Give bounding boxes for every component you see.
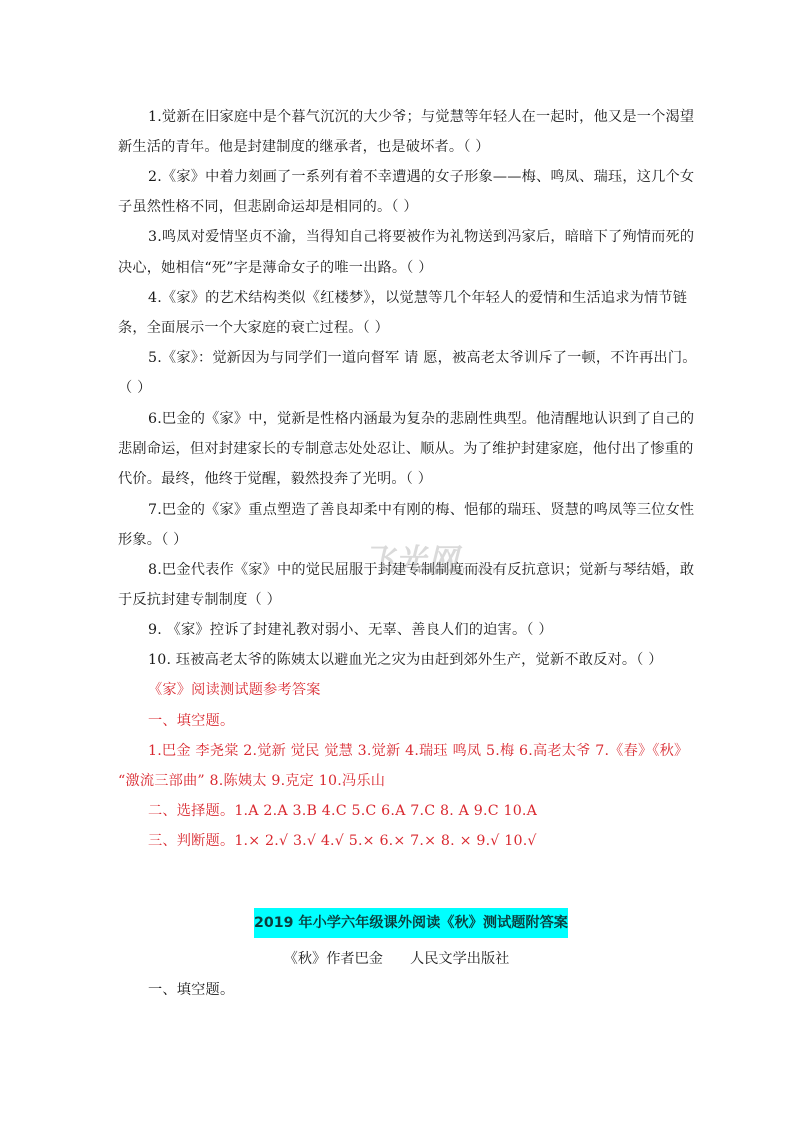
question-2-line-2: 子虽然性格不同，但悲剧命运却是相同的。（ ）	[118, 197, 688, 217]
question-5-line-2: （ ）	[118, 378, 688, 398]
question-6-line-3: 代价。最终，他终于觉醒，毅然投奔了光明。（ ）	[118, 469, 688, 489]
question-7-line-1: 7.巴金的《家》重点塑造了善良却柔中有刚的梅、悒郁的瑞珏、贤慧的鸣凤等三位女性	[148, 500, 718, 520]
question-2-line-1: 2.《家》中着力刻画了一系列有着不幸遭遇的女子形象——梅、鸣凤、瑞珏，这几个女	[148, 167, 718, 187]
question-7-line-2: 形象。（ ）	[118, 530, 688, 550]
question-5-line-1: 5.《家》：觉新因为与同学们一道向督军 请 愿，被高老太爷训斥了一顿，不许再出门…	[148, 348, 718, 368]
question-1-line-2: 新生活的青年。他是封建制度的继承者，也是破坏者。（ ）	[118, 137, 688, 157]
section-title: 2019 年小学六年级课外阅读《秋》测试题附答案	[254, 913, 568, 933]
question-1-line-1: 1.觉新在旧家庭中是个暮气沉沉的大少爷；与觉慧等年轻人在一起时，他又是一个渴望	[148, 107, 718, 127]
question-4-line-1: 4.《家》的艺术结构类似《红楼梦》，以觉慧等几个年轻人的爱情和生活追求为情节链	[148, 288, 718, 308]
answers-heading: 《家》阅读测试题参考答案	[148, 680, 718, 700]
answers-section-3: 三、判断题。1.× 2.√ 3.√ 4.√ 5.× 6.× 7.× 8. × 9…	[148, 831, 718, 851]
question-9: 9. 《家》控诉了封建礼教对弱小、无辜、善良人们的迫害。（ ）	[148, 620, 718, 640]
question-3-line-2: 决心，她相信“死”字是薄命女子的唯一出路。（ ）	[118, 258, 688, 278]
question-6-line-2: 悲剧命运，但对封建家长的专制意志处处忍让、顺从。为了维护封建家庭，他付出了惨重的	[118, 439, 688, 459]
question-4-line-2: 条，全面展示一个大家庭的衰亡过程。（ ）	[118, 318, 688, 338]
answers-section-1-title: 一、填空题。	[148, 711, 718, 731]
question-8-line-1: 8.巴金代表作《家》中的觉民屈服于封建专制制度而没有反抗意识；觉新与琴结婚，敢	[148, 560, 718, 580]
question-3-line-1: 3.鸣凤对爱情坚贞不渝，当得知自己将要被作为礼物送到冯家后，暗暗下了殉情而死的	[148, 227, 718, 247]
answers-section-2: 二、选择题。1.A 2.A 3.B 4.C 5.C 6.A 7.C 8. A 9…	[148, 801, 718, 821]
document-page: 1.觉新在旧家庭中是个暮气沉沉的大少爷；与觉慧等年轻人在一起时，他又是一个渴望 …	[0, 0, 793, 1122]
question-8-line-2: 于反抗封建专制制度（ ）	[118, 590, 688, 610]
section-subtitle: 《秋》作者巴金 人民文学出版社	[0, 949, 793, 969]
answers-section-1-line-2: “激流三部曲” 8.陈姨太 9.克定 10.冯乐山	[118, 771, 688, 791]
question-10: 10. 珏被高老太爷的陈姨太以避血光之灾为由赶到郊外生产，觉新不敢反对。（ ）	[148, 650, 718, 670]
question-6-line-1: 6.巴金的《家》中，觉新是性格内涵最为复杂的悲剧性典型。他清醒地认识到了自己的	[148, 409, 718, 429]
answers-section-1-line-1: 1.巴金 李尧棠 2.觉新 觉民 觉慧 3.觉新 4.瑞珏 鸣凤 5.梅 6.高…	[148, 741, 718, 761]
next-section-1-title: 一、填空题。	[148, 980, 718, 1000]
